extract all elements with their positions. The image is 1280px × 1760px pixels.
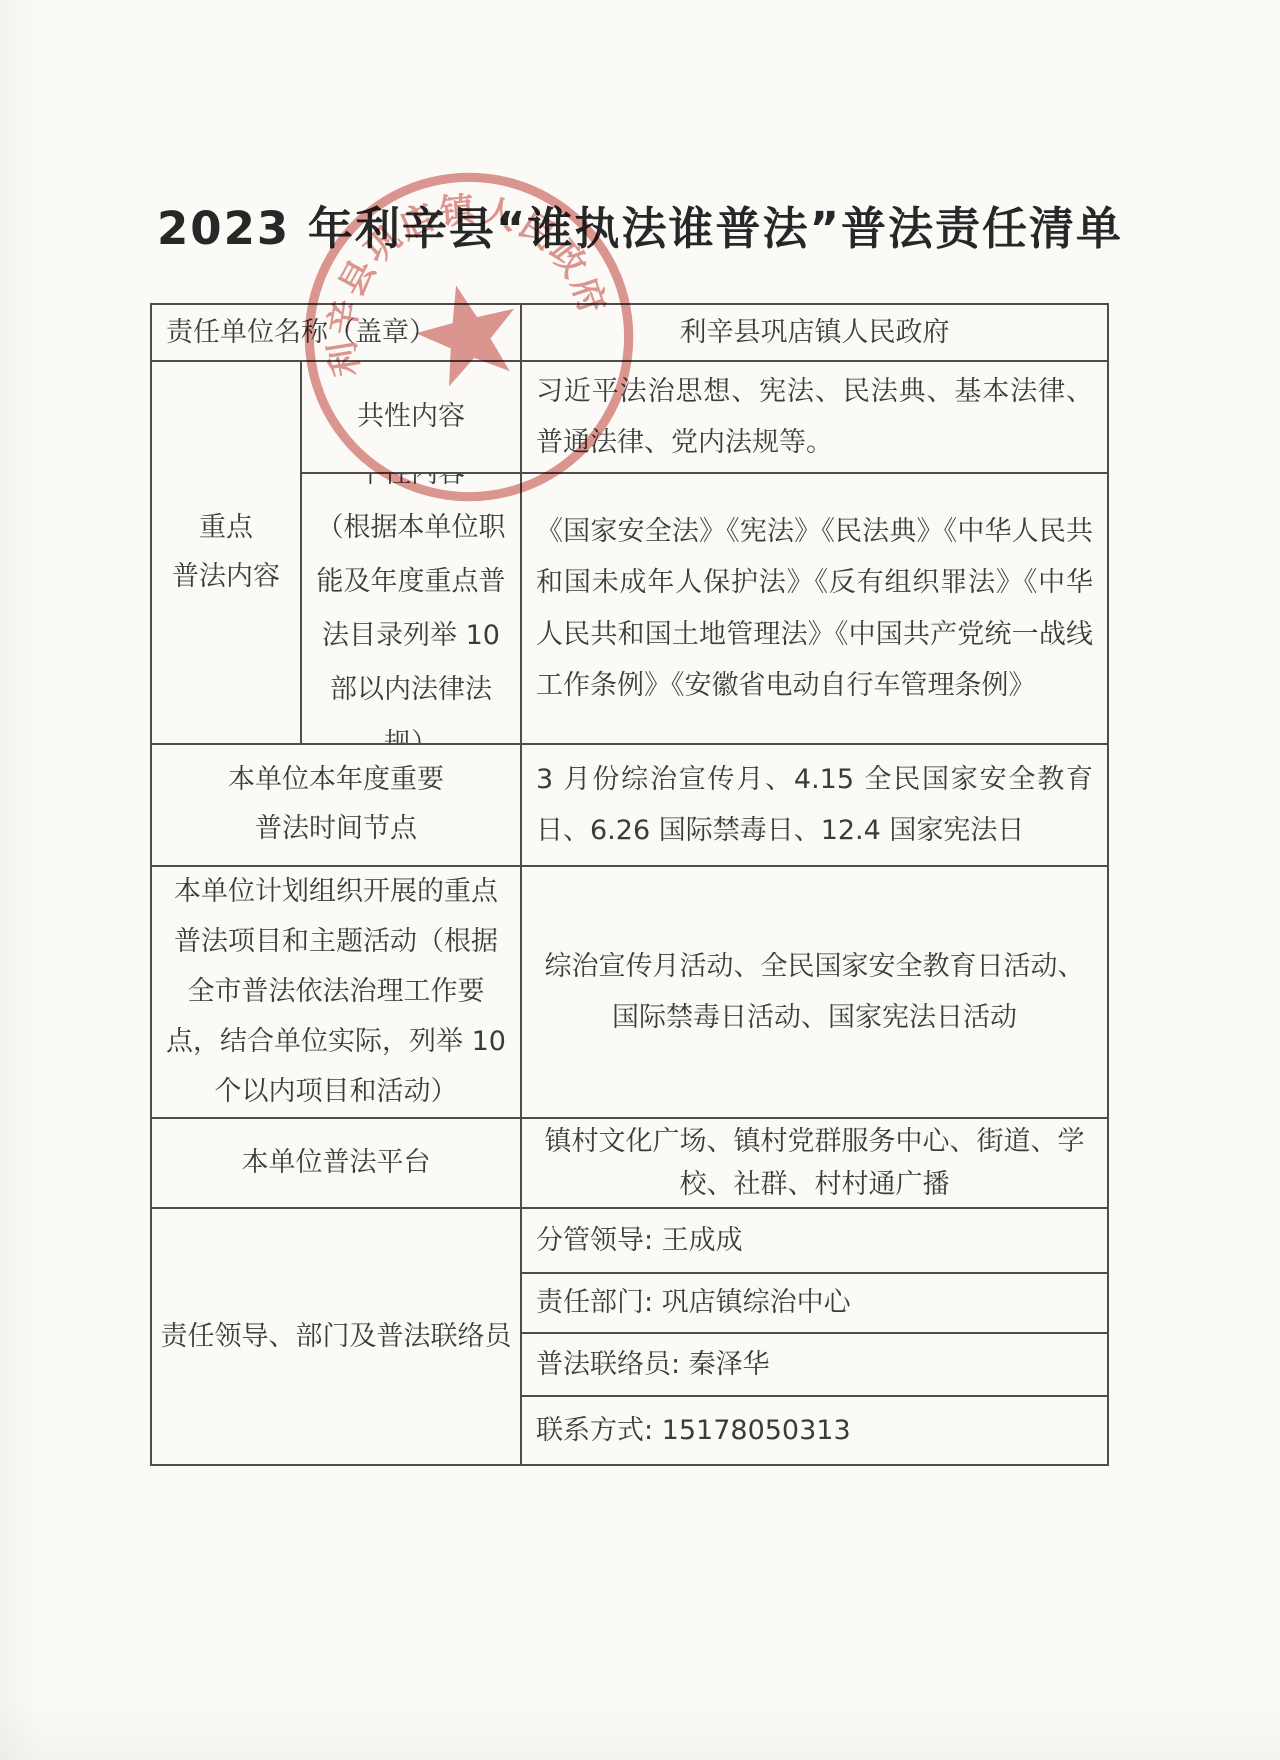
time-nodes-label: 本单位本年度重要 普法时间节点 (152, 745, 522, 867)
individual-content-label: 个性内容 （根据本单位职能及年度重点普法目录列举 10 部以内法律法规） (302, 474, 522, 745)
contact-liaison-row: 普法联络员: 秦泽华 (522, 1334, 1107, 1397)
page-title: 2023 年利辛县“谁执法谁普法”普法责任清单 (0, 192, 1280, 257)
unit-name-label: 责任单位名称（盖章） (152, 305, 522, 362)
projects-value: 综治宣传月活动、全民国家安全教育日活动、国际禁毒日活动、国家宪法日活动 (522, 867, 1107, 1119)
contact-phone-row: 联系方式: 15178050313 (522, 1397, 1107, 1464)
platforms-label: 本单位普法平台 (152, 1119, 522, 1209)
responsibility-table: 责任单位名称（盖章） 利辛县巩店镇人民政府 重点 普法内容 共性内容 习近平法治… (150, 303, 1109, 1466)
time-nodes-value: 3 月份综治宣传月、4.15 全民国家安全教育日、6.26 国际禁毒日、12.4… (522, 745, 1107, 867)
unit-name-value: 利辛县巩店镇人民政府 (522, 305, 1107, 362)
contact-department-row: 责任部门: 巩店镇综治中心 (522, 1274, 1107, 1334)
individual-content-value: 《国家安全法》《宪法》《民法典》《中华人民共和国未成年人保护法》《反有组织罪法》… (522, 474, 1107, 745)
projects-label: 本单位计划组织开展的重点普法项目和主题活动（根据全市普法依法治理工作要点，结合单… (152, 867, 522, 1119)
contact-leader-row: 分管领导: 王成成 (522, 1209, 1107, 1274)
common-content-value: 习近平法治思想、宪法、民法典、基本法律、普通法律、党内法规等。 (522, 362, 1107, 474)
common-content-label: 共性内容 (302, 362, 522, 474)
key-content-label: 重点 普法内容 (152, 362, 302, 745)
scanned-document-page: 2023 年利辛县“谁执法谁普法”普法责任清单 责任单位名称（盖章） 利辛县巩店… (0, 0, 1280, 1760)
contacts-label: 责任领导、部门及普法联络员 (152, 1209, 522, 1464)
platforms-value: 镇村文化广场、镇村党群服务中心、街道、学校、社群、村村通广播 (522, 1119, 1107, 1209)
